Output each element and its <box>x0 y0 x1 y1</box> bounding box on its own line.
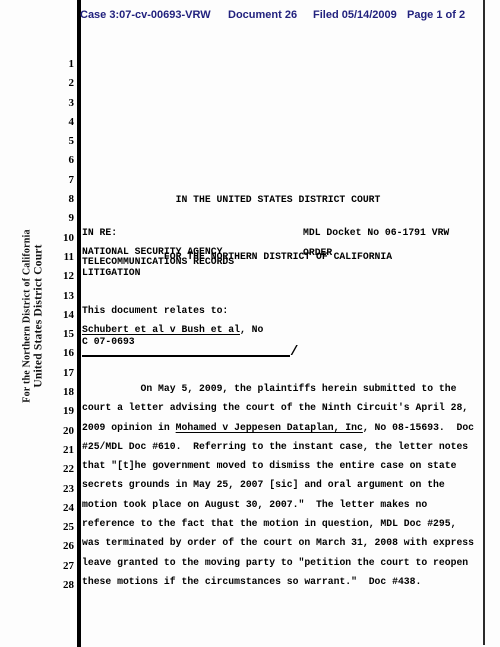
order-body: On May 5, 2009, the plaintiffs herein su… <box>82 379 492 591</box>
body-text: , No 08-15693. Doc <box>363 422 474 433</box>
body-text: reference to the fact that the motion in… <box>82 518 456 529</box>
body-text: On May 5, 2009, the plaintiffs herein su… <box>82 383 456 394</box>
header-document-number: Document 26 <box>228 9 297 21</box>
line-number: 20 <box>56 422 74 441</box>
line-number: 7 <box>56 171 74 190</box>
line-number: 13 <box>56 287 74 306</box>
line-number: 26 <box>56 537 74 556</box>
relates-heading: This document relates to: <box>82 306 228 316</box>
line-number: 9 <box>56 209 74 228</box>
document-page: For the Northern District of California … <box>0 0 500 647</box>
line-number: 3 <box>56 94 74 113</box>
header-filed-date: Filed 05/14/2009 <box>313 9 397 21</box>
body-line: was terminated by order of the court on … <box>82 533 492 552</box>
caption-docket-number: MDL Docket No 06-1791 VRW <box>303 228 449 238</box>
case-citation-underlined: Mohamed v Jeppesen Dataplan, Inc <box>176 422 363 433</box>
line-number: 17 <box>56 364 74 383</box>
line-number: 11 <box>56 248 74 267</box>
caption-party-line: LITIGATION <box>82 268 234 278</box>
body-text: court a letter advising the court of the… <box>82 402 468 413</box>
body-line: leave granted to the moving party to "pe… <box>82 553 492 572</box>
line-number: 23 <box>56 480 74 499</box>
court-stamp-line2: For the Northern District of California <box>22 229 33 402</box>
line-number: 28 <box>56 576 74 595</box>
body-line: court a letter advising the court of the… <box>82 398 492 417</box>
header-case-number: Case 3:07-cv-00693-VRW <box>80 9 211 21</box>
line-number-column: 1234567891011121314151617181920212223242… <box>56 55 74 595</box>
line-number: 2 <box>56 74 74 93</box>
body-text: that "[t]he government moved to dismiss … <box>82 460 456 471</box>
line-number: 24 <box>56 499 74 518</box>
relates-case-name-suffix: , No <box>240 324 263 335</box>
line-number: 8 <box>56 190 74 209</box>
line-number: 27 <box>56 557 74 576</box>
header-page-number: Page 1 of 2 <box>407 9 465 21</box>
separator-slash: / <box>290 346 298 358</box>
body-text: leave granted to the moving party to "pe… <box>82 557 468 568</box>
line-number: 10 <box>56 229 74 248</box>
line-number: 14 <box>56 306 74 325</box>
body-line: #25/MDL Doc #610. Referring to the insta… <box>82 437 492 456</box>
relates-case-name: Schubert et al v Bush et al, No <box>82 325 263 335</box>
left-rule <box>77 0 81 647</box>
caption-in-re: IN RE: <box>82 228 117 238</box>
line-number: 18 <box>56 383 74 402</box>
body-line: reference to the fact that the motion in… <box>82 514 492 533</box>
body-line: motion took place on August 30, 2007." T… <box>82 495 492 514</box>
body-text: was terminated by order of the court on … <box>82 537 474 548</box>
relates-case-name-underlined: Schubert et al v Bush et al <box>82 324 240 335</box>
caption-order-label: ORDER <box>303 248 332 258</box>
line-number: 16 <box>56 344 74 363</box>
line-number: 21 <box>56 441 74 460</box>
body-line: On May 5, 2009, the plaintiffs herein su… <box>82 379 492 398</box>
line-number: 25 <box>56 518 74 537</box>
body-line: secrets grounds in May 25, 2007 [sic] an… <box>82 475 492 494</box>
court-title-line1: IN THE UNITED STATES DISTRICT COURT <box>82 190 474 209</box>
body-text: #25/MDL Doc #610. Referring to the insta… <box>82 441 468 452</box>
court-stamp-line1: United States District Court <box>33 229 45 402</box>
body-line: that "[t]he government moved to dismiss … <box>82 456 492 475</box>
body-text: motion took place on August 30, 2007." T… <box>82 499 427 510</box>
line-number: 4 <box>56 113 74 132</box>
line-number: 15 <box>56 325 74 344</box>
court-stamp-vertical: For the Northern District of California … <box>22 229 45 402</box>
line-number: 6 <box>56 151 74 170</box>
body-line: these motions if the circumstances so wa… <box>82 572 492 591</box>
line-number: 1 <box>56 55 74 74</box>
body-text: these motions if the circumstances so wa… <box>82 576 421 587</box>
separator-line <box>82 343 290 357</box>
caption-party-name: NATIONAL SECURITY AGENCYTELECOMMUNICATIO… <box>82 247 234 278</box>
line-number: 5 <box>56 132 74 151</box>
line-number: 12 <box>56 267 74 286</box>
line-number: 19 <box>56 402 74 421</box>
caption-separator: / <box>82 343 298 357</box>
body-text: 2009 opinion in <box>82 422 176 433</box>
body-text: secrets grounds in May 25, 2007 [sic] an… <box>82 479 445 490</box>
body-line: 2009 opinion in Mohamed v Jeppesen Datap… <box>82 418 492 437</box>
line-number: 22 <box>56 460 74 479</box>
